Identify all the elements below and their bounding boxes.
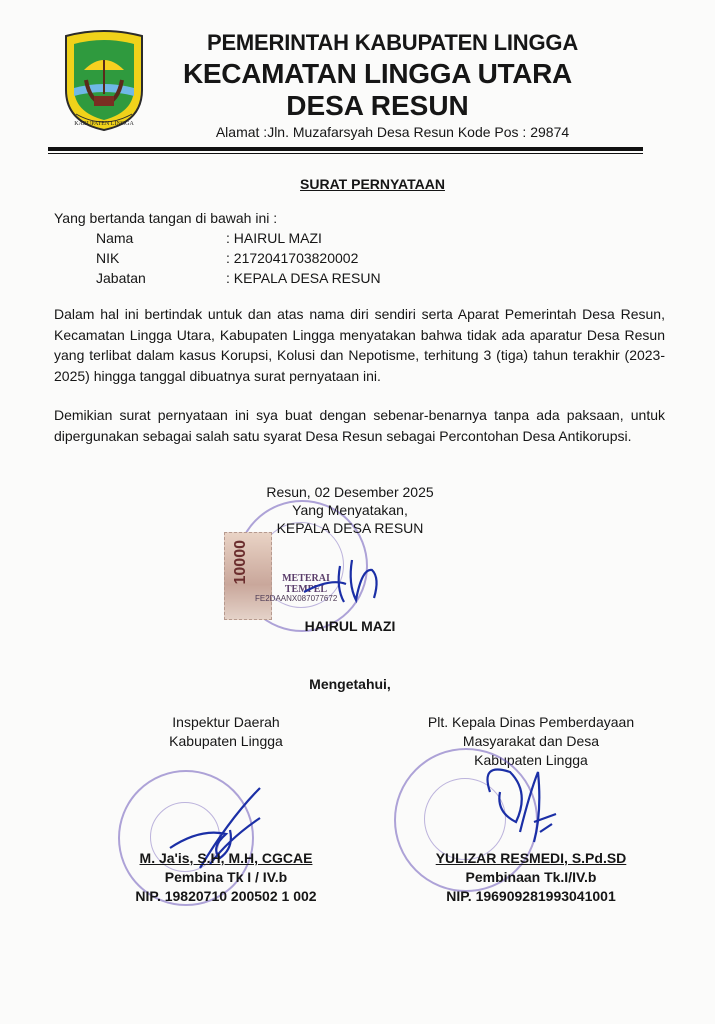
- letterhead-divider-thin: [48, 153, 643, 154]
- letterhead-district: KECAMATAN LINGGA UTARA: [0, 58, 715, 90]
- letterhead-address: Alamat :Jln. Muzafarsyah Desa Resun Kode…: [0, 124, 715, 140]
- revenue-stamp-value: 10000: [232, 540, 250, 585]
- right-official-name: YULIZAR RESMEDI, S.Pd.SD: [396, 850, 666, 866]
- village-head-signature-icon: [300, 548, 390, 618]
- right-official-rank: Pembinaan Tk.I/IV.b: [396, 869, 666, 885]
- right-official-title-1: Plt. Kepala Dinas Pemberdayaan: [396, 714, 666, 730]
- closing-phrase: Yang Menyatakan,: [200, 502, 500, 518]
- identity-value-position: : KEPALA DESA RESUN: [226, 270, 381, 286]
- identity-value-name: : HAIRUL MAZI: [226, 230, 322, 246]
- intro-text: Yang bertanda tangan di bawah ini :: [54, 210, 277, 226]
- letterhead-government: PEMERINTAH KABUPATEN LINGGA: [0, 30, 715, 56]
- identity-label-name: Nama: [96, 230, 133, 246]
- letterhead-village: DESA RESUN: [0, 90, 715, 122]
- signatory-position: KEPALA DESA RESUN: [200, 520, 500, 536]
- identity-label-nik: NIK: [96, 250, 119, 266]
- left-official-title-1: Inspektur Daerah: [126, 714, 326, 730]
- left-official-nip: NIP. 19820710 200502 1 002: [126, 888, 326, 904]
- identity-label-position: Jabatan: [96, 270, 146, 286]
- left-official-rank: Pembina Tk I / IV.b: [126, 869, 326, 885]
- right-official-signature-icon: [430, 752, 570, 852]
- signatory-name: HAIRUL MAZI: [200, 618, 500, 634]
- document-title: SURAT PERNYATAAN: [0, 176, 715, 192]
- left-official-name: M. Ja'is, S.H, M.H, CGCAE: [126, 850, 326, 866]
- right-official-title-2: Masyarakat dan Desa: [396, 733, 666, 749]
- left-official-title-2: Kabupaten Lingga: [126, 733, 326, 749]
- statement-paragraph: Dalam hal ini bertindak untuk dan atas n…: [54, 304, 665, 386]
- right-official-nip: NIP. 196909281993041001: [396, 888, 666, 904]
- letterhead-divider-thick: [48, 147, 643, 151]
- identity-value-nik: : 2172041703820002: [226, 250, 358, 266]
- place-date: Resun, 02 Desember 2025: [200, 484, 500, 500]
- closing-paragraph: Demikian surat pernyataan ini sya buat d…: [54, 405, 665, 446]
- acknowledgement-heading: Mengetahui,: [200, 676, 500, 692]
